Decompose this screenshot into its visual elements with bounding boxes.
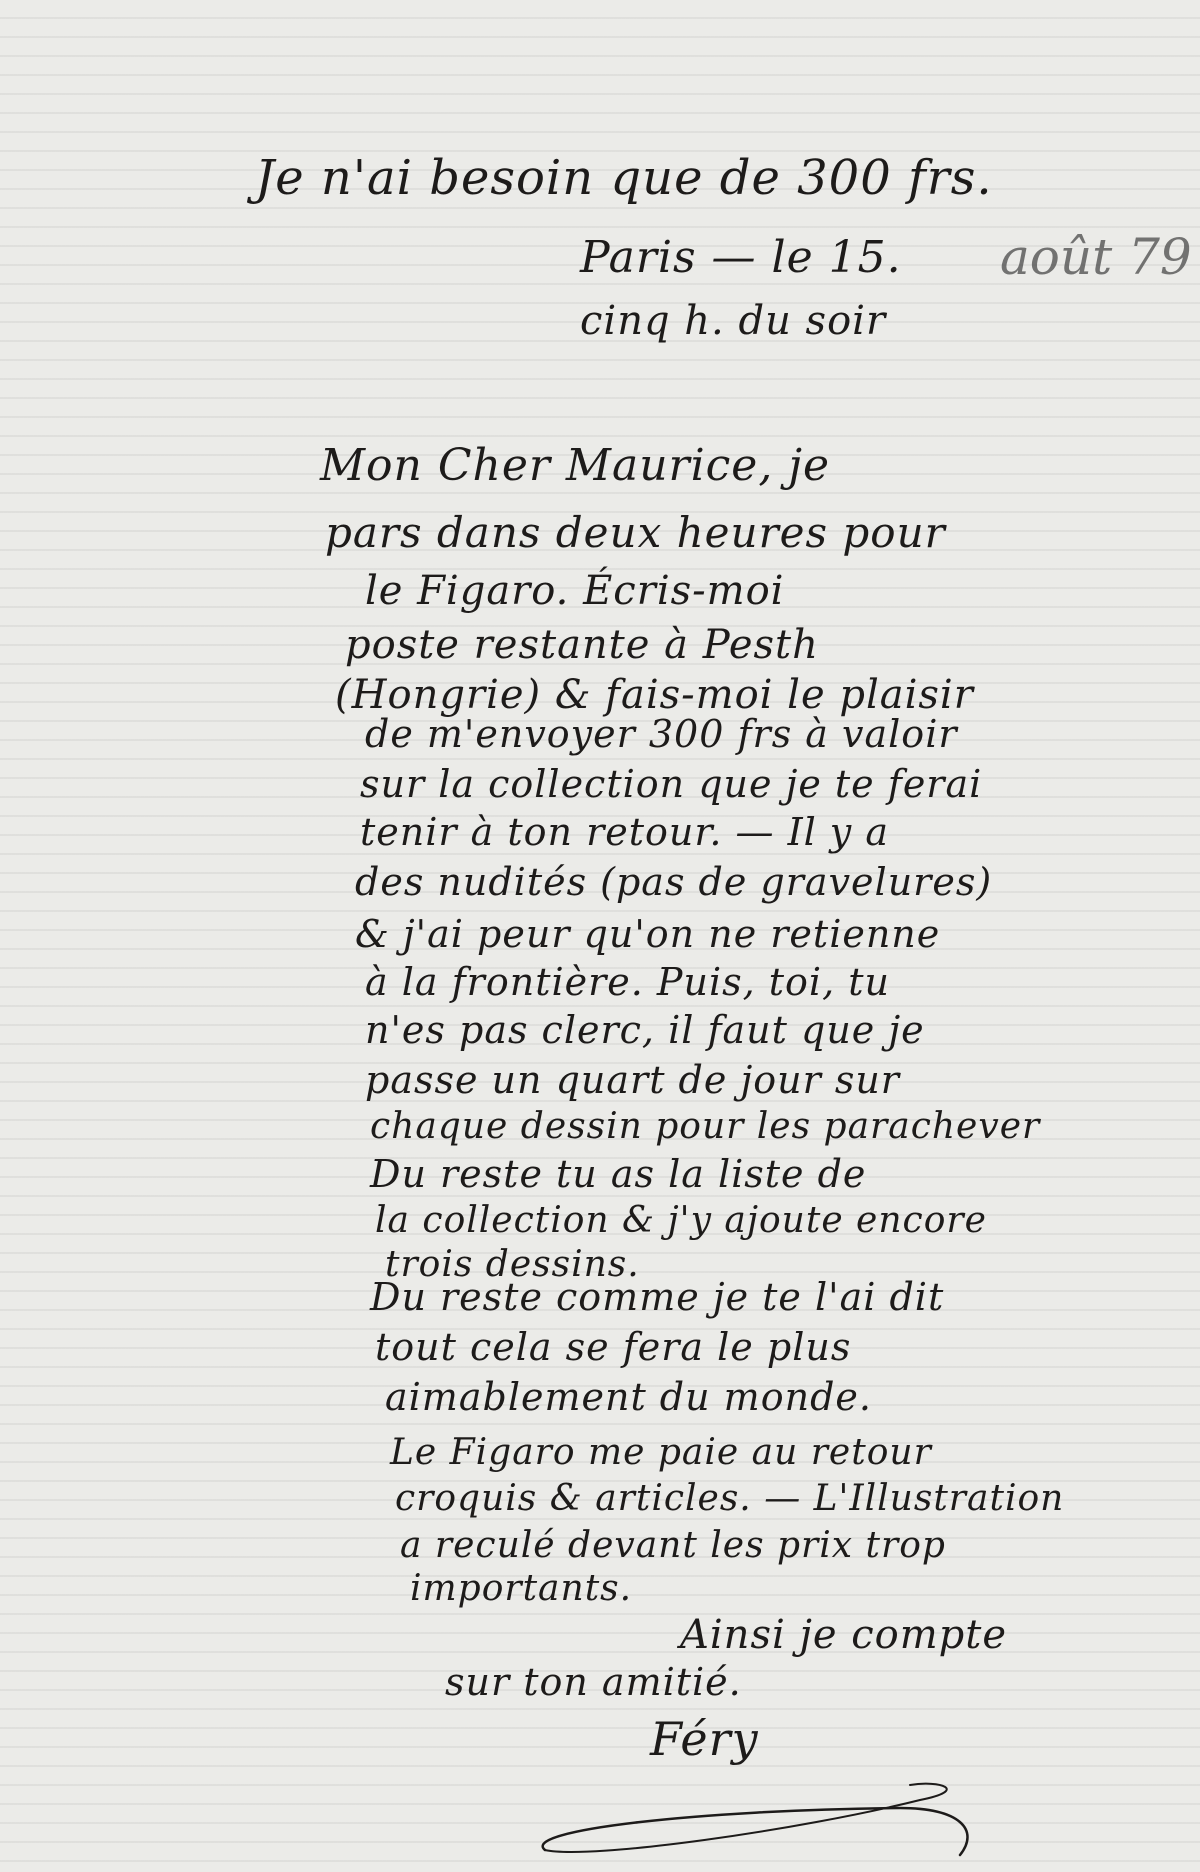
body-line: pars dans deux heures pour <box>325 508 946 557</box>
closing-line-2: sur ton amitié. <box>445 1660 742 1704</box>
body-line: tout cela se fera le plus <box>375 1325 851 1369</box>
body-line: de m'envoyer 300 frs à valoir <box>365 712 958 756</box>
body-line: n'es pas clerc, il faut que je <box>365 1008 925 1052</box>
place-date: Paris — le 15. <box>580 232 902 283</box>
pencil-date-annotation: août 79 <box>1000 228 1192 286</box>
body-line: poste restante à Pesth <box>345 622 819 668</box>
body-line: Du reste tu as la liste de <box>370 1152 866 1196</box>
letter-page: Je n'ai besoin que de 300 frs. Paris — l… <box>0 0 1200 1872</box>
signature-flourish-icon <box>500 1760 1020 1872</box>
body-line: sur la collection que je te ferai <box>360 762 982 806</box>
signature: Féry <box>650 1712 759 1766</box>
body-line: & j'ai peur qu'on ne retienne <box>355 912 940 956</box>
body-line: à la frontière. Puis, toi, tu <box>365 960 890 1004</box>
closing-line-1: Ainsi je compte <box>680 1612 1007 1658</box>
body-line: importants. <box>410 1568 632 1609</box>
body-line: la collection & j'y ajoute encore <box>375 1200 987 1241</box>
body-line: croquis & articles. — L'Illustration <box>395 1478 1064 1519</box>
body-line: Mon Cher Maurice, je <box>320 440 830 491</box>
body-line: aimablement du monde. <box>385 1375 872 1419</box>
body-line: chaque dessin pour les parachever <box>370 1106 1040 1147</box>
body-line: Du reste comme je te l'ai dit <box>370 1275 944 1319</box>
body-line: passe un quart de jour sur <box>365 1058 900 1102</box>
postscript-top: Je n'ai besoin que de 300 frs. <box>255 150 993 206</box>
body-line: tenir à ton retour. — Il y a <box>360 810 889 854</box>
body-line: a reculé devant les prix trop <box>400 1525 946 1566</box>
body-line: Le Figaro me paie au retour <box>390 1432 932 1473</box>
body-line: le Figaro. Écris-moi <box>365 568 784 614</box>
body-line: des nudités (pas de gravelures) <box>355 860 992 904</box>
time-of-day: cinq h. du soir <box>580 298 886 344</box>
